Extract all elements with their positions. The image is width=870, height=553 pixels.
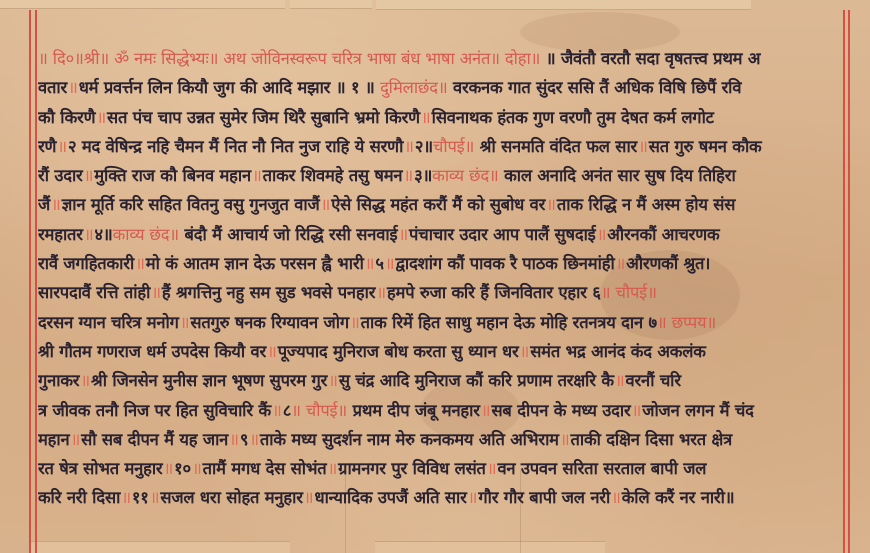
verse-text: सु चंद्र आदि मुनिराज कौं करि प्रणाम तरक्… xyxy=(339,371,614,390)
danda-mark: ॥ xyxy=(397,225,409,244)
verse-text: सिवनाथक हंतक गुण वरणौ तुम देषत कर्म लगोट xyxy=(432,108,714,127)
danda-mark: ॥ xyxy=(83,225,95,244)
manuscript-line: दरसन ग्यान चरित्र मनोग॥सतगुरु षनक रिग्या… xyxy=(38,308,842,337)
manuscript-line: कौ किरणै॥सत पंच चाप उन्नत सुमेर जिम थिरै… xyxy=(38,103,842,132)
left-border-rule-outer xyxy=(29,10,31,553)
rubric-heading: काव्य छंद॥ xyxy=(432,166,498,185)
verse-text: वतार xyxy=(38,78,67,97)
verse-text: २॥ xyxy=(415,137,433,156)
paper-patch xyxy=(30,541,290,553)
verse-text: सब दीपन के मध्य उदार xyxy=(491,401,630,420)
verse-text: करि नरी दिसा xyxy=(38,488,120,507)
rubric-heading: चौपई॥ xyxy=(433,137,474,156)
verse-text: सारपदावैं रत्ति तांही xyxy=(38,283,150,302)
left-border-rule-inner xyxy=(35,10,37,553)
danda-mark: ॥ xyxy=(228,430,240,449)
manuscript-line: रत षेत्र सोभत मनुहार॥१०॥तामैं मगध देस सो… xyxy=(38,454,842,483)
danda-mark: ॥ xyxy=(349,313,361,332)
verse-text: ताक रिद्धि न मैं अस्म होय संस xyxy=(557,195,735,214)
danda-mark: ॥ xyxy=(320,195,332,214)
verse-text: पूज्यपाद मुनिराज बोध करता सु ध्यान धर xyxy=(278,342,519,361)
verse-text: ताक रिमें हित साधु महान देऊ मोहि रतनत्रय… xyxy=(361,313,657,332)
danda-mark: ॥ xyxy=(150,283,162,302)
verse-text: धान्यादिक उपजैं अति सार xyxy=(314,488,466,507)
verse-text: ३॥ xyxy=(414,166,432,185)
danda-mark: ॥ xyxy=(545,195,557,214)
danda-mark: ॥ xyxy=(596,225,608,244)
danda-mark: ॥ xyxy=(559,430,571,449)
manuscript-line: रौं उदार॥मुक्ति राज कौ बिनव महान॥ताकर शि… xyxy=(38,161,842,190)
verse-text: श्री सनमति वंदित फल सार xyxy=(474,137,637,156)
verse-text: सतगुरु षनक रिग्यावन जोग xyxy=(190,313,349,332)
verse-text: त्र जीवक तनौ निज पर हित सुविचारि कैं xyxy=(38,401,271,420)
manuscript-line: त्र जीवक तनौ निज पर हित सुविचारि कैं॥८॥ … xyxy=(38,396,842,425)
verse-text: ताकर शिवमहे तसु षमन xyxy=(263,166,403,185)
danda-mark: ॥ xyxy=(402,166,414,185)
verse-text: तामैं मगध देस सोभंत xyxy=(203,459,327,478)
manuscript-line: रमहातर॥४॥काव्य छंद॥ बंदौ मैं आचार्य जो र… xyxy=(38,220,842,249)
danda-mark: ॥ xyxy=(420,108,432,127)
verse-text: गौर गौर बापी जल नरी xyxy=(478,488,610,507)
verse-text: १० xyxy=(174,459,191,478)
verse-text: रौं उदार xyxy=(38,166,83,185)
verse-text: श्री जिनसेन मुनीस ज्ञान भूषण सुपरम गुर xyxy=(91,371,327,390)
rubric-heading: दुमिलाछंद॥ xyxy=(380,78,447,97)
verse-text: ग्रामनगर पुर विविध लसंत xyxy=(338,459,486,478)
verse-text: औरणकौं श्रुत। xyxy=(626,254,710,273)
verse-text: मुक्ति राज कौ बिनव महान xyxy=(94,166,251,185)
verse-text: कौ किरणै xyxy=(38,108,95,127)
danda-mark: ॥ xyxy=(615,254,627,273)
danda-mark: ॥ xyxy=(248,430,260,449)
paper-patch xyxy=(375,541,605,553)
danda-mark: ॥ xyxy=(179,313,191,332)
verse-text: ४॥ xyxy=(95,225,113,244)
danda-mark: ॥ xyxy=(364,254,376,273)
danda-mark: ॥ xyxy=(326,459,338,478)
danda-mark: ॥ xyxy=(191,459,203,478)
manuscript-line: सारपदावैं रत्ति तांही॥हैं श्रगत्तिनु नहु… xyxy=(38,278,842,307)
verse-text: रावैं जगहितकारी xyxy=(38,254,134,273)
verse-text: हमपे रुजा करि हैं जिनवितार एहार ६ xyxy=(387,283,601,302)
paper-patch xyxy=(290,0,372,9)
verse-text: वरकनक गात सुंदर ससि तैं अधिक विषि छिपैं … xyxy=(448,78,742,97)
manuscript-line: गुनाकर॥श्री जिनसेन मुनीस ज्ञान भूषण सुपर… xyxy=(38,366,842,395)
verse-text: सत गुरु षमन कौक xyxy=(649,137,762,156)
manuscript-line: रावैं जगहितकारी॥मो कं आतम ज्ञान देऊ परसन… xyxy=(38,249,842,278)
verse-text: दरसन ग्यान चरित्र मनोग xyxy=(38,313,179,332)
manuscript-line: जैं॥ज्ञान मूर्ति करि सहित वितनु वसु गुनज… xyxy=(38,190,842,219)
danda-mark: ॥ xyxy=(162,459,174,478)
danda-mark: ॥ xyxy=(56,137,68,156)
manuscript-line: वतार॥धर्म प्रवर्त्तन लिन कियौ जुग की आदि… xyxy=(38,73,842,102)
rubric-heading: काव्य छंद॥ xyxy=(113,225,179,244)
rubric-heading: ॥ चौपई॥ xyxy=(291,401,347,420)
verse-text: पंचाचार उदार आप पालैं सुषदाई xyxy=(409,225,596,244)
verse-text: सत पंच चाप उन्नत सुमेर जिम थिरै सुबानि भ… xyxy=(107,108,420,127)
verse-text: ११ xyxy=(132,488,149,507)
danda-mark: ॥ xyxy=(403,137,415,156)
danda-mark: ॥ xyxy=(149,488,161,507)
danda-mark: ॥ xyxy=(327,371,339,390)
verse-text: प्रथम दीप जंबू मनहार xyxy=(347,401,480,420)
danda-mark: ॥ xyxy=(83,166,95,185)
verse-text: केलि करैं नर नारी॥ xyxy=(622,488,735,507)
verse-text: धर्म प्रवर्त्तन लिन कियौ जुग की आदि मझार… xyxy=(79,78,380,97)
danda-mark: ॥ xyxy=(614,371,626,390)
manuscript-line: ॥ दि०॥श्री॥ ॐ नमः सिद्धेभ्यः॥ अथ जोविनस्… xyxy=(38,44,842,73)
danda-mark: ॥ xyxy=(266,342,278,361)
danda-mark: ॥ xyxy=(375,283,387,302)
verse-text: वन उपवन सरिता सरताल बापी जल xyxy=(497,459,706,478)
verse-text: द्वादशांग कौं पावक रै पाठक छिनमांही xyxy=(395,254,614,273)
danda-mark: ॥ xyxy=(480,401,492,420)
danda-mark: ॥ xyxy=(467,488,479,507)
danda-mark: ॥ xyxy=(271,401,283,420)
verse-text: हैं श्रगत्तिनु नहु सम सुड भवसे पनहार xyxy=(162,283,375,302)
verse-text: ऐसे सिद्ध महंत करौं मैं को सुबोध वर xyxy=(331,195,545,214)
danda-mark: ॥ xyxy=(50,195,62,214)
verse-text: जोजन लगन मैं चंद xyxy=(642,401,754,420)
verse-text: काल अनादि अनंत सार सुष दिय तिहिरा xyxy=(499,166,736,185)
verse-text: समंत भद्र आनंद कंद अकलंक xyxy=(530,342,706,361)
verse-text: जैं xyxy=(38,195,50,214)
rubric-heading: ॥ छप्पय॥ xyxy=(657,313,716,332)
verse-text: सौ सब दीपन मैं यह जान xyxy=(81,430,228,449)
manuscript-line: रणै॥२ मद वेषिन्द्र नहि चैमन मैं नित नौ न… xyxy=(38,132,842,161)
verse-text: रमहातर xyxy=(38,225,83,244)
verse-text: रत षेत्र सोभत मनुहार xyxy=(38,459,162,478)
danda-mark: ॥ xyxy=(67,78,79,97)
rubric-heading: ॥ दि०॥श्री॥ ॐ नमः सिद्धेभ्यः॥ अथ जोविनस्… xyxy=(38,49,540,68)
danda-mark: ॥ xyxy=(79,371,91,390)
danda-mark: ॥ xyxy=(251,166,263,185)
manuscript-line: करि नरी दिसा॥११॥सजल धरा सोहत मनुहार॥धान्… xyxy=(38,483,842,512)
right-border-rule-outer xyxy=(848,10,850,553)
verse-text: श्री गौतम गणराज धर्म उपदेस कियौ वर xyxy=(38,342,266,361)
danda-mark: ॥ xyxy=(610,488,622,507)
verse-text: ज्ञान मूर्ति करि सहित वितनु वसु गुनजुत व… xyxy=(62,195,320,214)
paper-patch xyxy=(376,0,751,10)
manuscript-line: महान॥सौ सब दीपन मैं यह जान॥९॥ताके मध्य स… xyxy=(38,425,842,454)
verse-text: औरनकौं आचरणक xyxy=(607,225,719,244)
danda-mark: ॥ xyxy=(69,430,81,449)
verse-text: महान xyxy=(38,430,69,449)
danda-mark: ॥ xyxy=(519,342,531,361)
danda-mark: ॥ xyxy=(631,401,643,420)
verse-text: २ मद वेषिन्द्र नहि चैमन मैं नित नौ नित न… xyxy=(68,137,403,156)
danda-mark: ॥ xyxy=(95,108,107,127)
verse-text: रणै xyxy=(38,137,56,156)
verse-text: सजल धरा सोहत मनुहार xyxy=(160,488,302,507)
verse-text: ॥ जैवंतौ वरतौ सदा वृषतत्त्व प्रथम अ xyxy=(540,49,760,68)
verse-text: वरनौं चरि xyxy=(626,371,681,390)
verse-text: ९ xyxy=(240,430,248,449)
danda-mark: ॥ xyxy=(303,488,315,507)
verse-text: मो कं आतम ज्ञान देऊ परसन ह्वै भारी xyxy=(146,254,364,273)
right-border-rule-inner xyxy=(843,10,845,553)
danda-mark: ॥ xyxy=(120,488,132,507)
verse-text: ताके मध्य सुदर्शन नाम मेरु कनकमय अति अभि… xyxy=(260,430,559,449)
manuscript-line: श्री गौतम गणराज धर्म उपदेस कियौ वर॥पूज्य… xyxy=(38,337,842,366)
danda-mark: ॥ xyxy=(486,459,498,478)
paper-patch xyxy=(0,0,285,9)
manuscript-folio: ॥ दि०॥श्री॥ ॐ नमः सिद्धेभ्यः॥ अथ जोविनस्… xyxy=(0,0,870,553)
danda-mark: ॥ xyxy=(384,254,396,273)
danda-mark: ॥ xyxy=(134,254,146,273)
verse-text: ५ xyxy=(375,254,383,273)
verse-text: बंदौ मैं आचार्य जो रिद्धि रसी सनवाई xyxy=(179,225,397,244)
verse-text: गुनाकर xyxy=(38,371,79,390)
danda-mark: ॥ xyxy=(637,137,649,156)
verse-text: ८ xyxy=(283,401,291,420)
manuscript-text: ॥ दि०॥श्री॥ ॐ नमः सिद्धेभ्यः॥ अथ जोविनस्… xyxy=(38,44,842,513)
verse-text: ताकी दक्षिन दिसा भरत क्षेत्र xyxy=(571,430,733,449)
rubric-heading: ॥ चौपई॥ xyxy=(601,283,657,302)
